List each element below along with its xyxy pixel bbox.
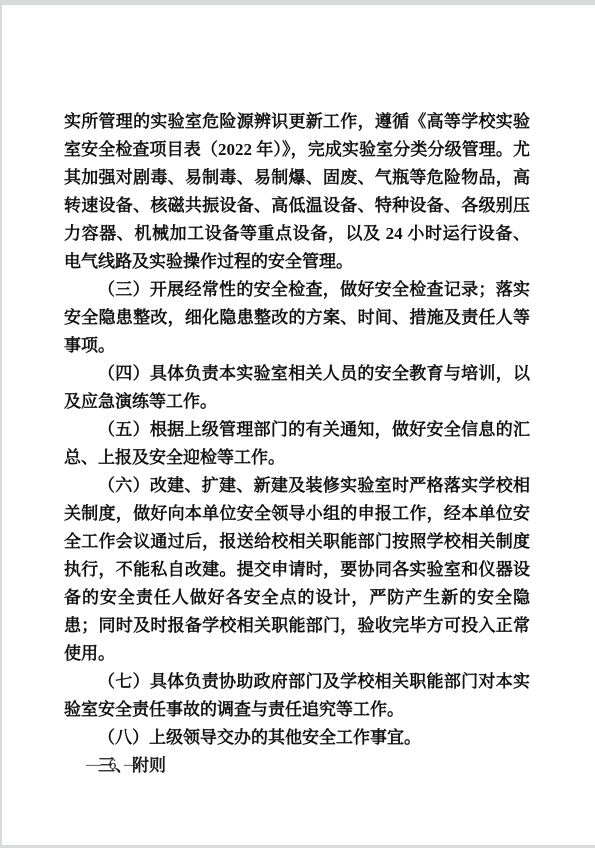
paragraph-item-5: （五）根据上级管理部门的有关通知，做好安全信息的汇总、上报及安全迎检等工作。	[64, 416, 530, 472]
document-page: 实所管理的实验室危险源辨识更新工作，遵循《高等学校实验室安全检查项目表（2022…	[2, 5, 595, 845]
page-number: — 6 —	[86, 756, 141, 774]
paragraph-continuation: 实所管理的实验室危险源辨识更新工作，遵循《高等学校实验室安全检查项目表（2022…	[64, 108, 530, 276]
paragraph-item-3: （三）开展经常性的安全检查，做好安全检查记录；落实安全隐患整改，细化隐患整改的方…	[64, 276, 530, 360]
paragraph-item-8: （八）上级领导交办的其他安全工作事宜。	[64, 724, 530, 752]
paragraph-item-7: （七）具体负责协助政府部门及学校相关职能部门对本实验室安全责任事故的调查与责任追…	[64, 668, 530, 724]
document-body: 实所管理的实验室危险源辨识更新工作，遵循《高等学校实验室安全检查项目表（2022…	[64, 108, 530, 780]
paragraph-item-6: （六）改建、扩建、新建及装修实验室时严格落实学校相关制度，做好向本单位安全领导小…	[64, 472, 530, 668]
paragraph-item-4: （四）具体负责本实验室相关人员的安全教育与培训，以及应急演练等工作。	[64, 360, 530, 416]
